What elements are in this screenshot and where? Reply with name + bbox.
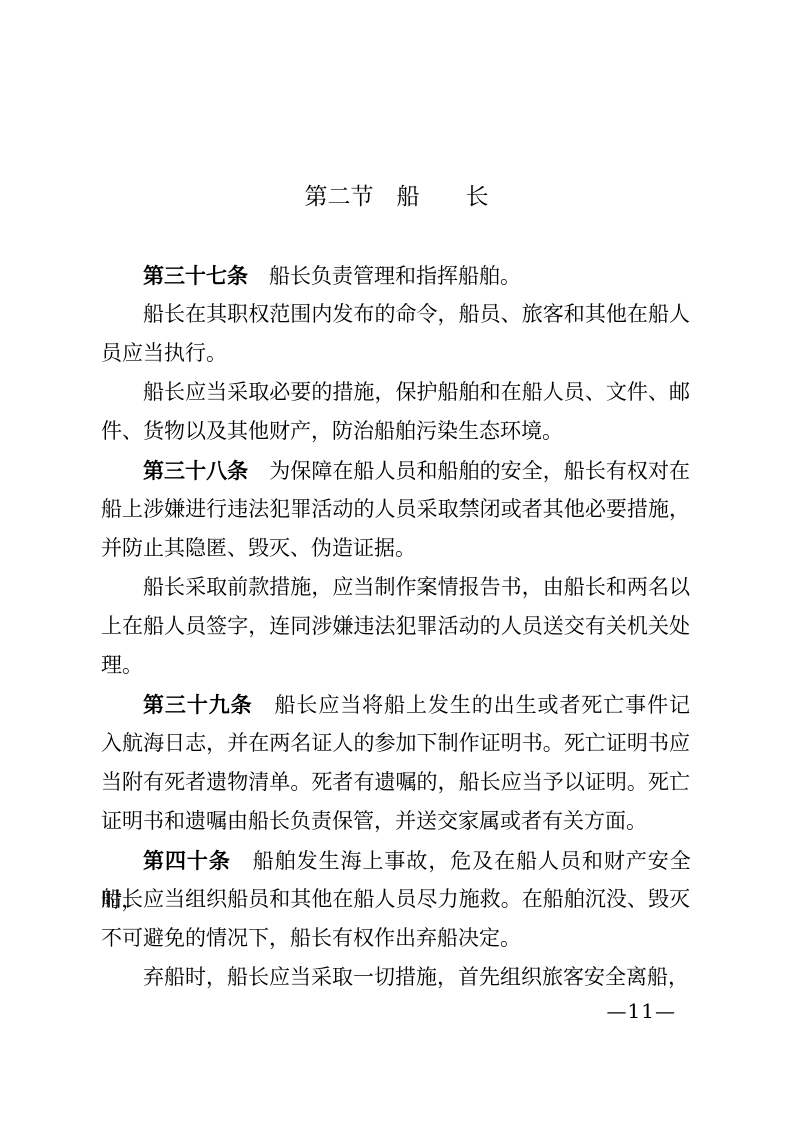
document-body: 第三十七条 船长负责管理和指挥船舶。船长在其职权范围内发布的命令，船员、旅客和其… [101, 256, 690, 997]
paragraph: 船长采取前款措施，应当制作案情报告书，由船长和两名以上在船人员签字，连同涉嫌违法… [101, 568, 690, 685]
text-line: 第三十八条 为保障在船人员和船舶的安全，船长有权对在 [101, 451, 690, 490]
paragraph: 船长在其职权范围内发布的命令，船员、旅客和其他在船人员应当执行。 [101, 295, 690, 373]
paragraph: 第三十七条 船长负责管理和指挥船舶。 [101, 256, 690, 295]
article-number: 第三十九条 [143, 692, 253, 717]
text-line: 船长应当采取必要的措施，保护船舶和在船人员、文件、邮 [101, 373, 690, 412]
text-line: 船长应当组织船员和其他在船人员尽力施救。在船舶沉没、毁灭 [101, 880, 690, 919]
paragraph: 弃船时，船长应当采取一切措施，首先组织旅客安全离船， [101, 958, 690, 997]
text-line: 第三十九条 船长应当将船上发生的出生或者死亡事件记 [101, 685, 690, 724]
text-line: 第四十条 船舶发生海上事故，危及在船人员和财产安全时， [101, 841, 690, 880]
article-number: 第四十条 [143, 848, 231, 873]
text-line: 当附有死者遗物清单。死者有遗嘱的，船长应当予以证明。死亡 [101, 763, 690, 802]
text-line: 员应当执行。 [101, 334, 690, 373]
paragraph: 第三十八条 为保障在船人员和船舶的安全，船长有权对在船上涉嫌进行违法犯罪活动的人… [101, 451, 690, 568]
text-line: 不可避免的情况下，船长有权作出弃船决定。 [101, 919, 690, 958]
text-line: 入航海日志，并在两名证人的参加下制作证明书。死亡证明书应 [101, 724, 690, 763]
section-title: 第二节 船 长 [0, 183, 793, 211]
text-line: 上在船人员签字，连同涉嫌违法犯罪活动的人员送交有关机关处 [101, 607, 690, 646]
text-line: 第三十七条 船长负责管理和指挥船舶。 [101, 256, 690, 295]
text-line: 并防止其隐匿、毁灭、伪造证据。 [101, 529, 690, 568]
text-line: 船上涉嫌进行违法犯罪活动的人员采取禁闭或者其他必要措施， [101, 490, 690, 529]
page-number: —11— [607, 999, 676, 1023]
text-line: 证明书和遗嘱由船长负责保管，并送交家属或者有关方面。 [101, 802, 690, 841]
text-line: 船长在其职权范围内发布的命令，船员、旅客和其他在船人 [101, 295, 690, 334]
paragraph: 第三十九条 船长应当将船上发生的出生或者死亡事件记入航海日志，并在两名证人的参加… [101, 685, 690, 841]
article-number: 第三十八条 [143, 458, 248, 483]
paragraph: 船长应当采取必要的措施，保护船舶和在船人员、文件、邮件、货物以及其他财产，防治船… [101, 373, 690, 451]
text-line: 弃船时，船长应当采取一切措施，首先组织旅客安全离船， [101, 958, 690, 997]
paragraph: 第四十条 船舶发生海上事故，危及在船人员和财产安全时，船长应当组织船员和其他在船… [101, 841, 690, 958]
document-page: 第二节 船 长 第三十七条 船长负责管理和指挥船舶。船长在其职权范围内发布的命令… [0, 0, 793, 1122]
text-line: 件、货物以及其他财产，防治船舶污染生态环境。 [101, 412, 690, 451]
article-number: 第三十七条 [143, 263, 248, 288]
text-line: 理。 [101, 646, 690, 685]
text-line: 船长采取前款措施，应当制作案情报告书，由船长和两名以 [101, 568, 690, 607]
